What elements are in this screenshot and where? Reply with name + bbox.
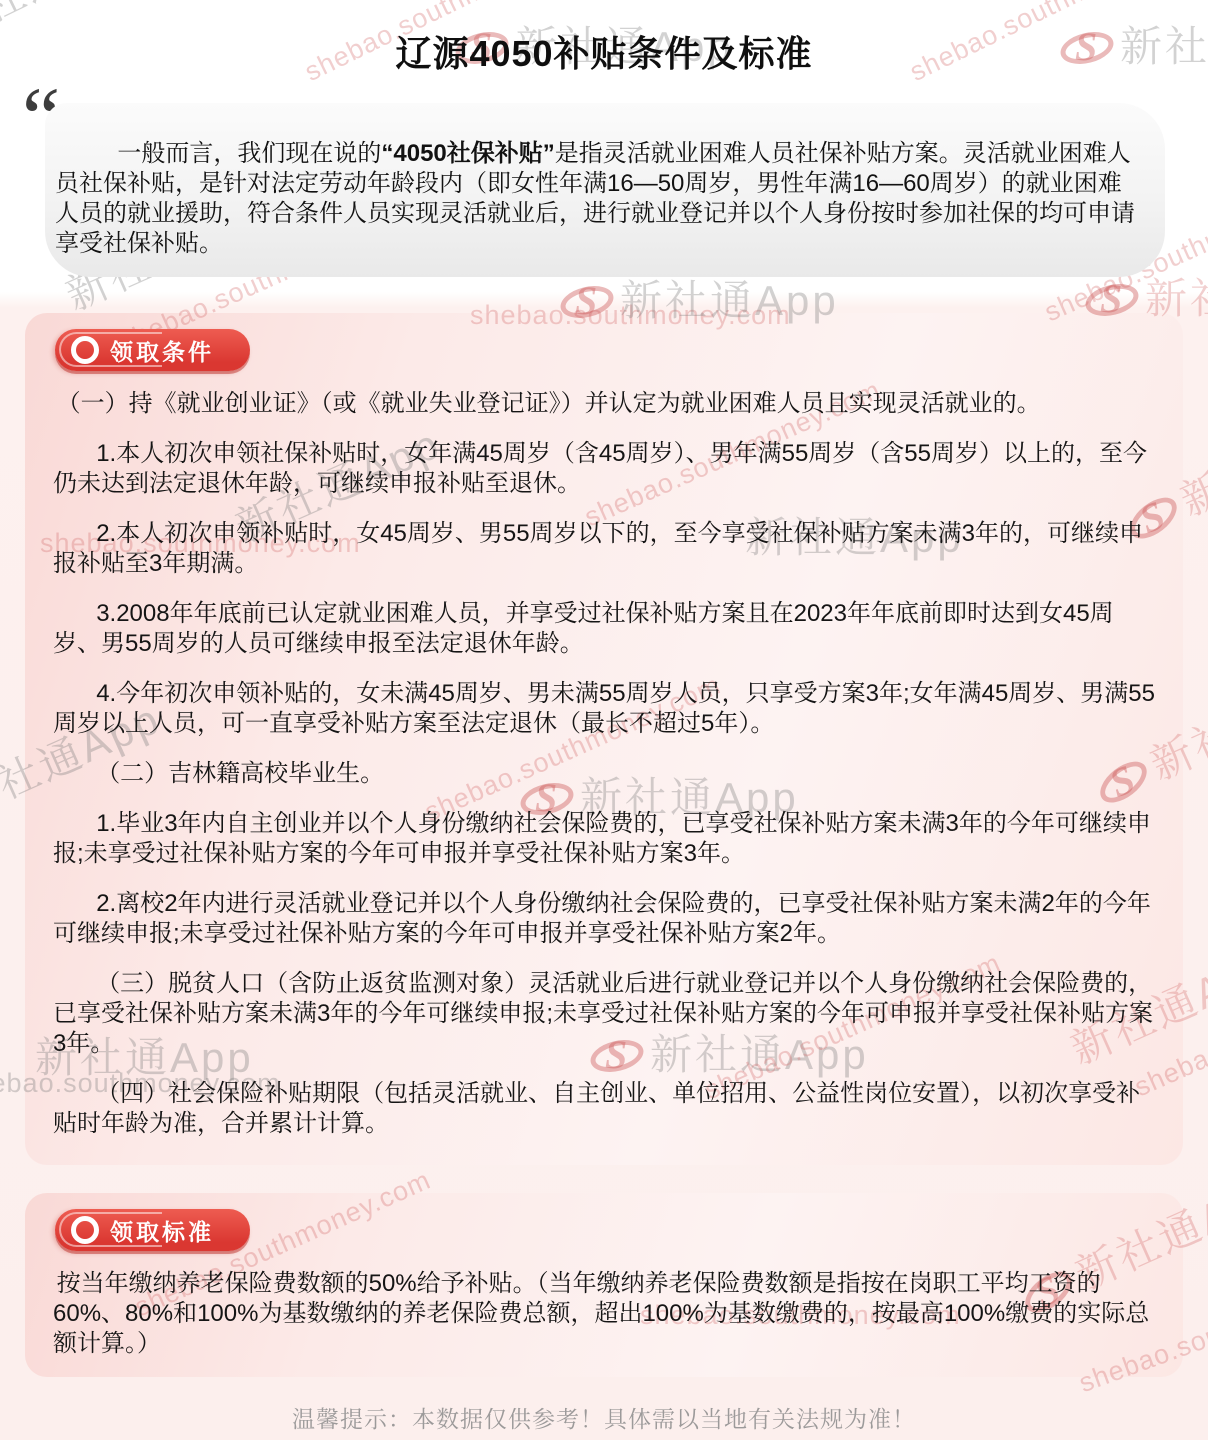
- conditions-badge-label: 领取条件: [110, 334, 214, 367]
- condition-paragraph: （一）持《就业创业证》（或《就业失业登记证》）并认定为就业困难人员且实现灵活就业…: [53, 389, 1159, 419]
- section-standard: 领取标准 按当年缴纳养老保险费数额的50%给予补贴。（当年缴纳养老保险费数额是指…: [25, 1193, 1183, 1377]
- condition-paragraph: 2.离校2年内进行灵活就业登记并以个人身份缴纳社会保险费的，已享受社保补贴方案未…: [53, 889, 1159, 949]
- standard-badge-label: 领取标准: [110, 1214, 214, 1247]
- intro-bold: “4050社保补贴”: [381, 140, 554, 167]
- conditions-badge: 领取条件: [55, 329, 250, 371]
- intro-pre: 一般而言，我们现在说的: [117, 140, 381, 167]
- condition-paragraph: 2.本人初次申领补贴时，女45周岁、男55周岁以下的，至今享受社保补贴方案未满3…: [53, 519, 1159, 579]
- intro-paragraph: 一般而言，我们现在说的“4050社保补贴”是指灵活就业困难人员社保补贴方案。灵活…: [55, 139, 1139, 259]
- condition-paragraph: 4.今年初次申领补贴的，女未满45周岁、男未满55周岁人员，只享受方案3年;女年…: [53, 679, 1159, 739]
- condition-paragraph: （四）社会保险补贴期限（包括灵活就业、自主创业、单位招用、公益性岗位安置），以初…: [53, 1079, 1159, 1139]
- page-title: 辽源4050补贴条件及标准: [0, 26, 1208, 77]
- brand-logo-icon: S: [1085, 283, 1139, 317]
- standard-paragraph: 按当年缴纳养老保险费数额的50%给予补贴。（当年缴纳养老保险费数额是指按在岗职工…: [53, 1269, 1159, 1359]
- ring-icon: [71, 336, 99, 364]
- condition-paragraph: 3.2008年年底前已认定就业困难人员，并享受过社保补贴方案且在2023年年底前…: [53, 599, 1159, 659]
- section-conditions: 领取条件 （一）持《就业创业证》（或《就业失业登记证》）并认定为就业困难人员且实…: [25, 313, 1183, 1165]
- condition-paragraph: （二）吉林籍高校毕业生。: [53, 759, 1159, 789]
- standard-badge: 领取标准: [55, 1209, 250, 1251]
- intro-box: 一般而言，我们现在说的“4050社保补贴”是指灵活就业困难人员社保补贴方案。灵活…: [45, 103, 1165, 277]
- ring-icon: [71, 1216, 99, 1244]
- condition-paragraph: 1.毕业3年内自主创业并以个人身份缴纳社会保险费的，已享受社保补贴方案未满3年的…: [53, 809, 1159, 869]
- footer-note: 温馨提示：本数据仅供参考！具体需以当地有关法规为准！: [0, 1401, 1208, 1434]
- condition-paragraph: 1.本人初次申领社保补贴时，女年满45周岁（含45周岁）、男年满55周岁（含55…: [53, 439, 1159, 499]
- condition-paragraph: （三）脱贫人口（含防止返贫监测对象）灵活就业后进行就业登记并以个人身份缴纳社会保…: [53, 969, 1159, 1059]
